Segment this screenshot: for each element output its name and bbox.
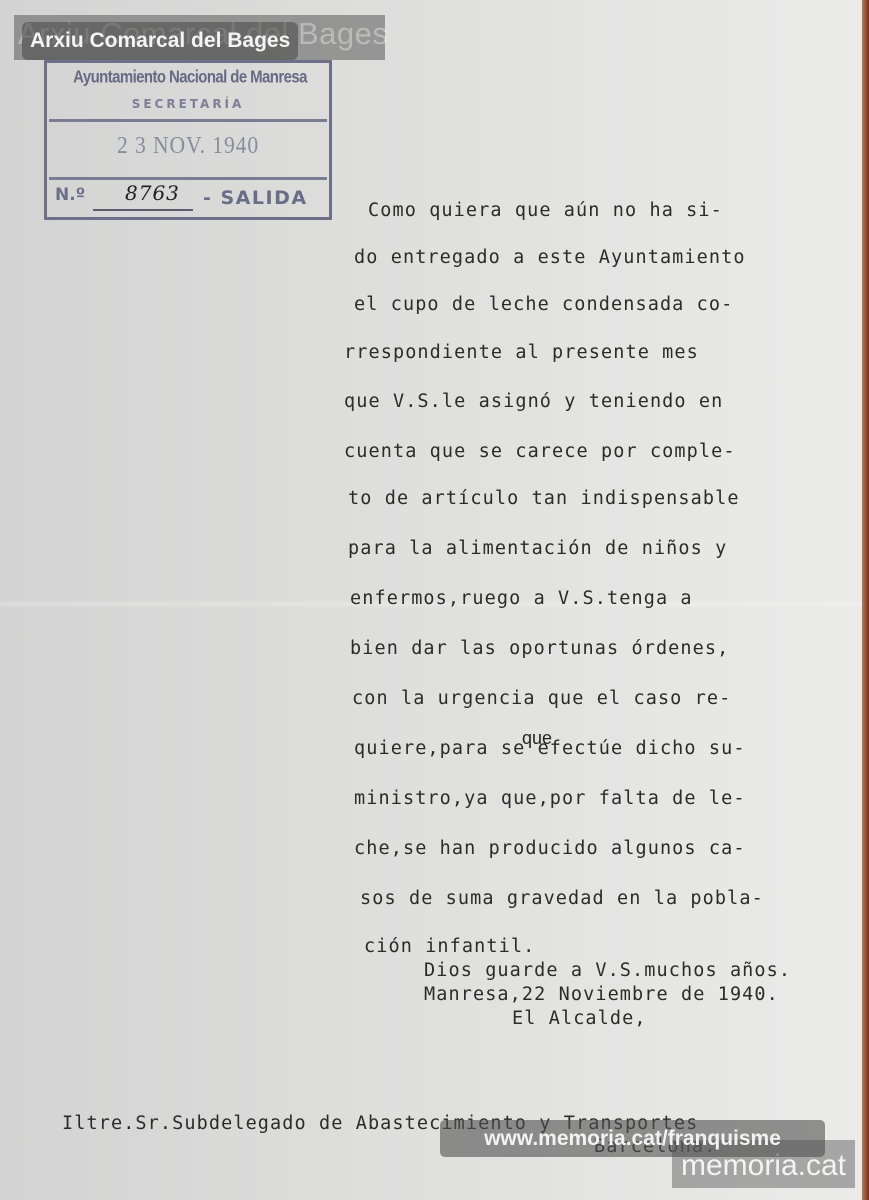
- stamp-date: 2 3 NOV. 1940: [61, 133, 315, 160]
- body-line: con la urgencia que el caso re-: [352, 688, 731, 709]
- body-line: Como quiera que aún no ha si-: [368, 200, 723, 221]
- stamp-direction: - SALIDA: [203, 187, 308, 209]
- body-line: que V.S.le asignó y teniendo en: [344, 391, 723, 412]
- page-edge: [862, 0, 869, 1200]
- body-line: ministro,ya que,por falta de le-: [354, 788, 746, 809]
- stamp-divider: [49, 119, 327, 122]
- stamp-divider: [49, 177, 327, 180]
- stamp-number-label: N.º: [55, 185, 85, 205]
- stamp-organization: Ayuntamiento Nacional de Manresa: [51, 68, 329, 88]
- archive-watermark: Arxiu Comarcal del Bages: [22, 22, 298, 60]
- body-line: to de artículo tan indispensable: [348, 488, 740, 509]
- closing-signatory: El Alcalde,: [512, 1008, 647, 1029]
- stamp-number-value: 8763: [125, 181, 180, 205]
- url-watermark: www.memoria.cat/franquisme: [440, 1120, 825, 1157]
- stamp-number-underline: [93, 209, 193, 211]
- body-line: che,se han producido algunos ca-: [354, 838, 746, 859]
- closing-salutation: Dios guarde a V.S.muchos años.: [424, 960, 791, 981]
- closing-place-date: Manresa,22 Noviembre de 1940.: [424, 984, 779, 1005]
- body-line: rrespondiente al presente mes: [344, 342, 699, 363]
- body-line: ción infantil.: [364, 936, 535, 957]
- registry-stamp: Ayuntamiento Nacional de Manresa SECRETA…: [44, 60, 332, 220]
- stamp-department: SECRETARÍA: [47, 97, 329, 111]
- body-line: do entregado a este Ayuntamiento: [354, 247, 746, 268]
- body-line: para la alimentación de niños y: [348, 538, 727, 559]
- body-line: cuenta que se carece por comple-: [344, 441, 736, 462]
- body-line: enfermos,ruego a V.S.tenga a: [350, 588, 693, 609]
- body-line: sos de suma gravedad en la pobla-: [360, 888, 764, 909]
- body-line: el cupo de leche condensada co-: [354, 294, 733, 315]
- body-line: bien dar las oportunas órdenes,: [350, 638, 729, 659]
- handwritten-insert: que: [522, 728, 552, 749]
